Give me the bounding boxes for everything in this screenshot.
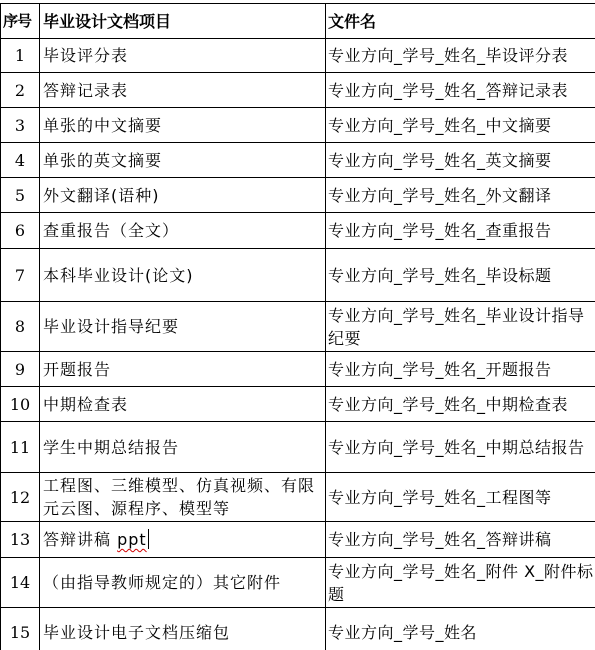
table-row: 7 本科毕业设计(论文) 专业方向_学号_姓名_毕设标题 (1, 249, 595, 302)
cell-no[interactable]: 13 (1, 522, 40, 558)
cell-filename[interactable]: 专业方向_学号_姓名_工程图等 (326, 473, 595, 522)
table-row: 4 单张的英文摘要 专业方向_学号_姓名_英文摘要 (1, 143, 595, 178)
cell-no[interactable]: 7 (1, 249, 40, 302)
cell-filename[interactable]: 专业方向_学号_姓名 (326, 608, 595, 650)
cell-filename[interactable]: 专业方向_学号_姓名_毕业设计指导纪要 (326, 302, 595, 352)
text-cursor (148, 529, 150, 549)
cell-item[interactable]: 学生中期总结报告 (40, 422, 326, 473)
table-row: 12 工程图、三维模型、仿真视频、有限元云图、源程序、模型等 专业方向_学号_姓… (1, 473, 595, 522)
table-header-row: 序号 毕业设计文档项目 文件名 (1, 4, 595, 39)
table-row: 11 学生中期总结报告 专业方向_学号_姓名_中期总结报告 (1, 422, 595, 473)
cell-filename[interactable]: 专业方向_学号_姓名_答辩记录表 (326, 73, 595, 108)
table-row: 3 单张的中文摘要 专业方向_学号_姓名_中文摘要 (1, 108, 595, 143)
document-table: 序号 毕业设计文档项目 文件名 1 毕设评分表 专业方向_学号_姓名_毕设评分表… (0, 3, 595, 650)
table-row: 9 开题报告 专业方向_学号_姓名_开题报告 (1, 352, 595, 387)
cell-no[interactable]: 1 (1, 39, 40, 73)
cell-item[interactable]: 外文翻译(语种) (40, 178, 326, 213)
cell-no[interactable]: 4 (1, 143, 40, 178)
cell-no[interactable]: 2 (1, 73, 40, 108)
item-text: 工程图、三维模型、仿真视频、有限元云图、源程序、模型等 (43, 474, 317, 520)
cell-item[interactable]: 单张的中文摘要 (40, 108, 326, 143)
cell-filename[interactable]: 专业方向_学号_姓名_毕设评分表 (326, 39, 595, 73)
header-filename[interactable]: 文件名 (326, 4, 595, 39)
cell-filename[interactable]: 专业方向_学号_姓名_英文摘要 (326, 143, 595, 178)
cell-item[interactable]: 工程图、三维模型、仿真视频、有限元云图、源程序、模型等 (40, 473, 326, 522)
cell-item[interactable]: （由指导教师规定的）其它附件 (40, 558, 326, 608)
cell-item[interactable]: 答辩记录表 (40, 73, 326, 108)
cell-no[interactable]: 5 (1, 178, 40, 213)
cell-no[interactable]: 14 (1, 558, 40, 608)
filename-text: 专业方向_学号_姓名_毕业设计指导纪要 (328, 304, 595, 350)
cell-no[interactable]: 12 (1, 473, 40, 522)
table-row: 5 外文翻译(语种) 专业方向_学号_姓名_外文翻译 (1, 178, 595, 213)
cell-no[interactable]: 15 (1, 608, 40, 650)
cell-item[interactable]: 毕业设计电子文档压缩包 (40, 608, 326, 650)
table-row: 2 答辩记录表 专业方向_学号_姓名_答辩记录表 (1, 73, 595, 108)
cell-filename[interactable]: 专业方向_学号_姓名_中文摘要 (326, 108, 595, 143)
cell-no[interactable]: 3 (1, 108, 40, 143)
cell-filename[interactable]: 专业方向_学号_姓名_中期总结报告 (326, 422, 595, 473)
cell-item[interactable]: 毕设评分表 (40, 39, 326, 73)
spellcheck-word: ppt (117, 530, 147, 549)
filename-text: 专业方向_学号_姓名_中期总结报告 (328, 436, 595, 459)
filename-text: 专业方向_学号_姓名_附件 X_附件标题 (328, 560, 595, 606)
header-item[interactable]: 毕业设计文档项目 (40, 4, 326, 39)
cell-filename[interactable]: 专业方向_学号_姓名_中期检查表 (326, 387, 595, 422)
table-row: 6 查重报告（全文） 专业方向_学号_姓名_查重报告 (1, 213, 595, 249)
cell-filename[interactable]: 专业方向_学号_姓名_附件 X_附件标题 (326, 558, 595, 608)
cell-filename[interactable]: 专业方向_学号_姓名_开题报告 (326, 352, 595, 387)
cell-item[interactable]: 中期检查表 (40, 387, 326, 422)
cell-filename[interactable]: 专业方向_学号_姓名_查重报告 (326, 213, 595, 249)
table-row: 8 毕业设计指导纪要 专业方向_学号_姓名_毕业设计指导纪要 (1, 302, 595, 352)
cell-no[interactable]: 10 (1, 387, 40, 422)
cell-item[interactable]: 开题报告 (40, 352, 326, 387)
cell-no[interactable]: 8 (1, 302, 40, 352)
table-row: 13 答辩讲稿 ppt 专业方向_学号_姓名_答辩讲稿 (1, 522, 595, 558)
cell-filename[interactable]: 专业方向_学号_姓名_毕设标题 (326, 249, 595, 302)
cell-no[interactable]: 6 (1, 213, 40, 249)
table-row: 1 毕设评分表 专业方向_学号_姓名_毕设评分表 (1, 39, 595, 73)
cell-item[interactable]: 查重报告（全文） (40, 213, 326, 249)
cell-item[interactable]: 本科毕业设计(论文) (40, 249, 326, 302)
table-row: 14 （由指导教师规定的）其它附件 专业方向_学号_姓名_附件 X_附件标题 (1, 558, 595, 608)
cell-filename[interactable]: 专业方向_学号_姓名_外文翻译 (326, 178, 595, 213)
cell-item[interactable]: 答辩讲稿 ppt (40, 522, 326, 558)
cell-item[interactable]: 单张的英文摘要 (40, 143, 326, 178)
table-row: 10 中期检查表 专业方向_学号_姓名_中期检查表 (1, 387, 595, 422)
item-text: 答辩讲稿 (43, 530, 117, 549)
table-row: 15 毕业设计电子文档压缩包 专业方向_学号_姓名 (1, 608, 595, 650)
cell-filename[interactable]: 专业方向_学号_姓名_答辩讲稿 (326, 522, 595, 558)
cell-no[interactable]: 9 (1, 352, 40, 387)
header-no[interactable]: 序号 (1, 4, 40, 39)
cell-no[interactable]: 11 (1, 422, 40, 473)
cell-item[interactable]: 毕业设计指导纪要 (40, 302, 326, 352)
